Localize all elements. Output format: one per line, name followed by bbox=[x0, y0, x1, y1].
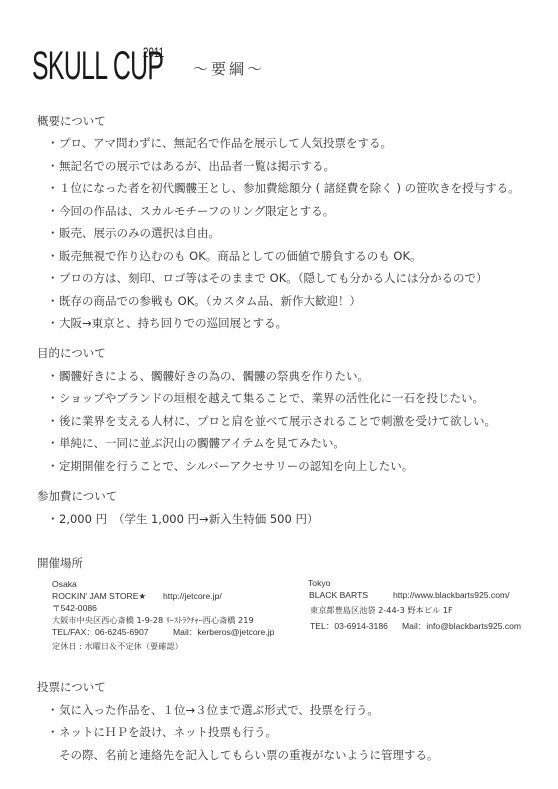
bullet-icon: ・ bbox=[47, 703, 59, 717]
list-item: ・気に入った作品を、１位→３位まで選ぶ形式で、投票を行う。 bbox=[47, 703, 379, 717]
list-item-continuation: その際、名前と連絡先を記入してもらい票の重複がないように管理する。 bbox=[59, 748, 439, 762]
osaka-mail[interactable]: Mail：kerberos@jetcore.jp bbox=[173, 627, 274, 638]
list-item: ・既存の商品での参戦も OK。（カスタム品、新作大歓迎！） bbox=[47, 294, 361, 308]
section-heading-overview: 概要について bbox=[37, 114, 106, 128]
bullet-icon: ・ bbox=[47, 725, 59, 739]
bullet-icon: ・ bbox=[47, 414, 59, 428]
list-item: ・プロ、アマ問わずに、無記名で作品を展示して人気投票をする。 bbox=[47, 136, 392, 150]
list-item: ・単純に、一同に並ぶ沢山の髑髏アイテムを見てみたい。 bbox=[47, 436, 345, 450]
osaka-shop-url[interactable]: http://jetcore.jp/ bbox=[163, 591, 222, 602]
list-item: ・定期開催を行うことで、シルバーアクセサリーの認知を向上したい。 bbox=[47, 459, 413, 473]
osaka-shop-name: ROCKIN' JAM STORE★ bbox=[52, 591, 146, 602]
tokyo-tel: TEL：03-6914-3186 bbox=[310, 621, 388, 632]
bullet-icon: ・ bbox=[47, 136, 59, 150]
bullet-icon: ・ bbox=[47, 204, 59, 218]
document-subtitle: 〜要綱〜 bbox=[193, 60, 265, 78]
tokyo-address: 東京都豊島区池袋 2-44-3 野本ビル 1F bbox=[310, 605, 453, 616]
list-item: ・髑髏好きによる、髑髏好きの為の、髑髏の祭典を作りたい。 bbox=[47, 369, 369, 383]
list-item: ・大阪→東京と、持ち回りでの巡回展とする。 bbox=[47, 316, 287, 330]
list-item: ・ネットにＨＰを設け、ネット投票も行う。 bbox=[47, 725, 277, 739]
bullet-icon: ・ bbox=[47, 294, 59, 308]
section-heading-fee: 参加費について bbox=[37, 489, 117, 503]
list-item: ・後に業界を支える人材に、プロと肩を並べて展示されることで刺激を受けて欲しい。 bbox=[47, 414, 496, 428]
osaka-holiday: 定休日 : 水曜日＆不定休（要確認） bbox=[52, 641, 183, 652]
bullet-icon: ・ bbox=[47, 436, 59, 450]
tokyo-city: Tokyo bbox=[308, 578, 330, 589]
bullet-icon: ・ bbox=[47, 512, 59, 526]
list-item: ・販売、展示のみの選択は自由。 bbox=[47, 226, 220, 240]
bullet-icon: ・ bbox=[47, 391, 59, 405]
bullet-icon: ・ bbox=[47, 159, 59, 173]
list-item: ・プロの方は、刻印、ロゴ等はそのままで OK。（隠しても分かる人には分かるので） bbox=[47, 271, 488, 285]
document-year: 2011 bbox=[143, 44, 164, 60]
list-item: ・１位になった者を初代髑髏王とし、参加費総額分 ( 諸経費を除く ) の笹吹きを… bbox=[47, 181, 520, 195]
list-item: ・2,000 円 （学生 1,000 円→新入生特価 500 円） bbox=[47, 512, 318, 526]
osaka-city: Osaka bbox=[52, 579, 77, 590]
bullet-icon: ・ bbox=[47, 316, 59, 330]
bullet-icon: ・ bbox=[47, 181, 59, 195]
section-heading-purpose: 目的について bbox=[37, 346, 106, 360]
osaka-tel: TEL/FAX：06-6245-6907 bbox=[52, 627, 149, 638]
bullet-icon: ・ bbox=[47, 249, 59, 263]
list-item: ・ショップやブランドの垣根を越えて集ることで、業界の活性化に一石を投じたい。 bbox=[47, 391, 484, 405]
bullet-icon: ・ bbox=[47, 226, 59, 240]
bullet-icon: ・ bbox=[47, 459, 59, 473]
section-heading-voting: 投票について bbox=[37, 680, 106, 694]
tokyo-mail[interactable]: Mail：info@blackbarts925.com bbox=[402, 621, 521, 632]
tokyo-shop-name: BLACK BARTS bbox=[309, 590, 368, 601]
bullet-icon: ・ bbox=[47, 271, 59, 285]
osaka-postal-code: 〒542-0086 bbox=[52, 603, 97, 614]
osaka-address: 大阪市中央区西心斎橋 1-9-28 ﾘｰｽﾄﾗｸﾁｬｰ西心斎橋 219 bbox=[52, 615, 254, 626]
bullet-icon: ・ bbox=[47, 369, 59, 383]
tokyo-shop-url[interactable]: http://www.blackbarts925.com/ bbox=[393, 590, 510, 601]
section-heading-venue: 開催場所 bbox=[37, 556, 83, 570]
list-item: ・販売無視で作り込むのも OK。商品としての価値で勝負するのも OK。 bbox=[47, 249, 422, 263]
list-item: ・今回の作品は、スカルモチーフのリング限定とする。 bbox=[47, 204, 334, 218]
list-item: ・無記名での展示ではあるが、出品者一覧は掲示する。 bbox=[47, 159, 335, 173]
